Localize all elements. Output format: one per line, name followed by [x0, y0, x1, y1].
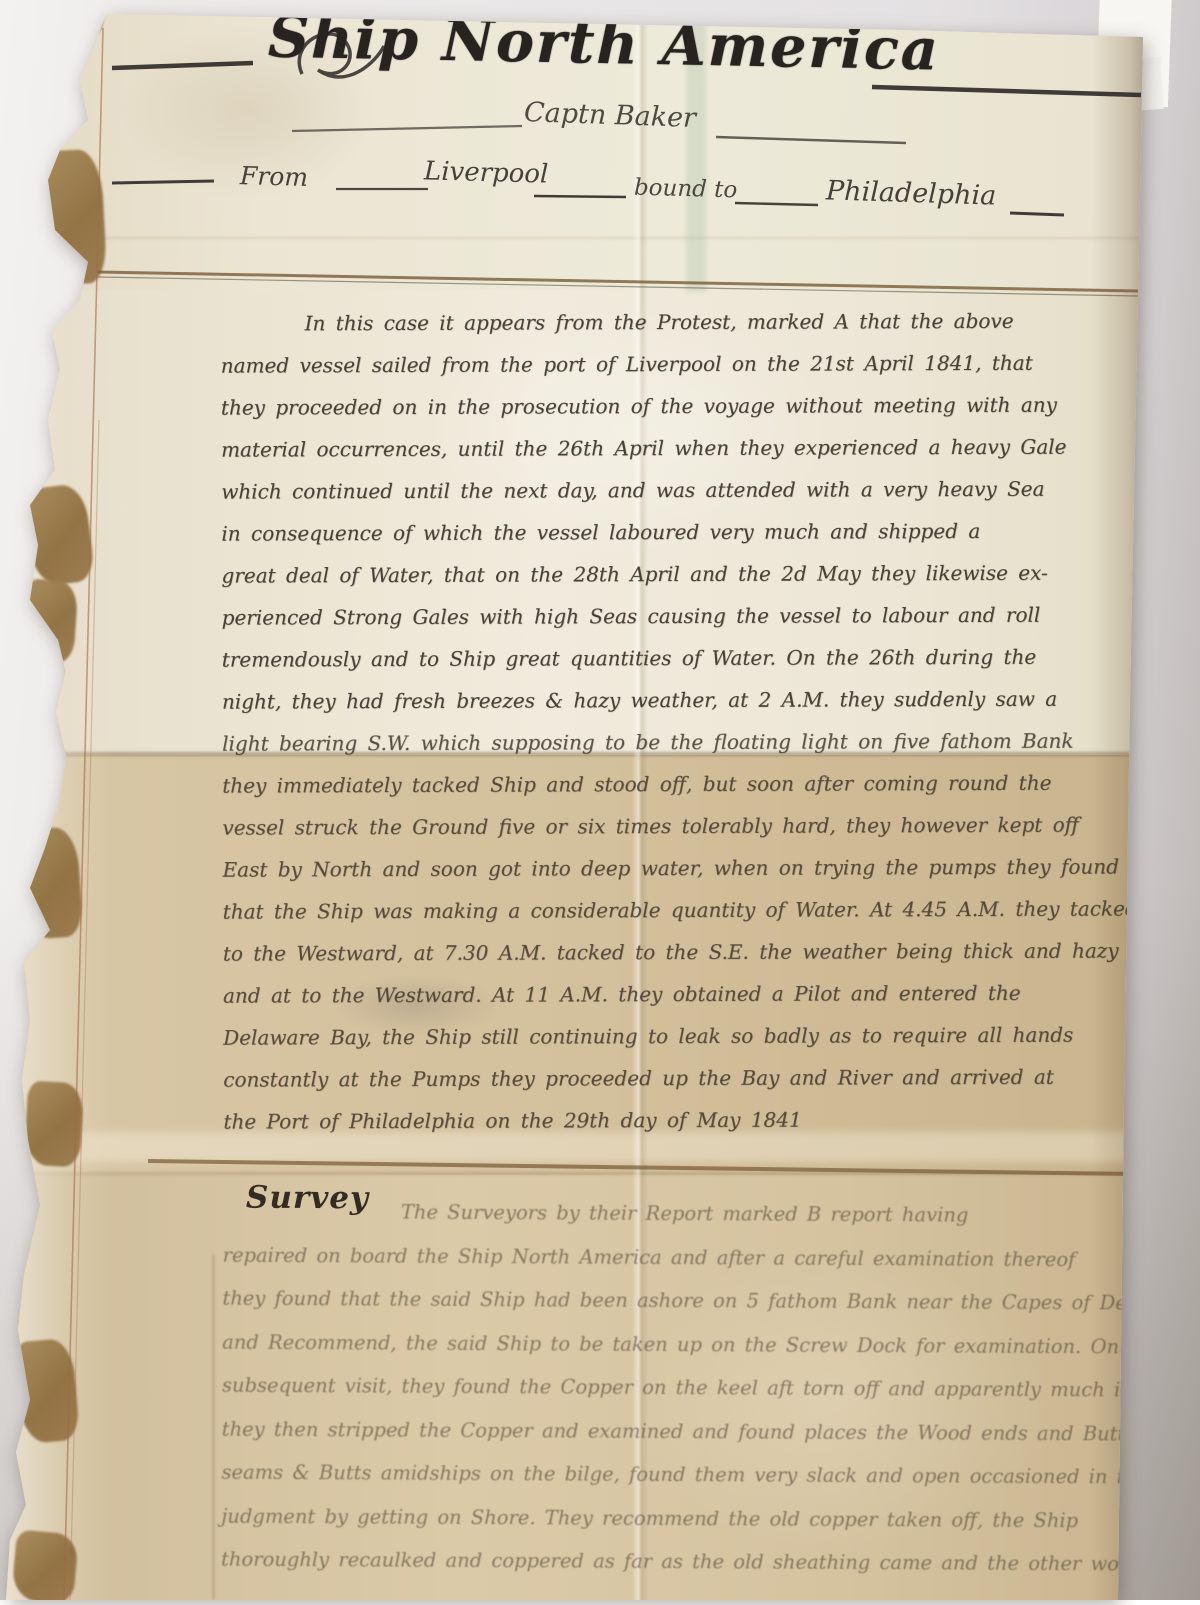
handwritten-line: East by North and soon got into deep wat… [222, 845, 1127, 890]
manuscript-paper: Ship North America Captn Baker From Live… [0, 0, 1200, 1600]
handwritten-line: repaired on board the Ship North America… [223, 1233, 1138, 1281]
survey-paragraph: The Surveyors by their Report marked B r… [221, 1190, 1138, 1586]
margin-line-echo [70, 420, 99, 1600]
handwritten-line: constantly at the Pumps they proceeded u… [223, 1055, 1128, 1100]
section-rule-survey [148, 1161, 1135, 1174]
handwritten-line: named vessel sailed from the port of Liv… [221, 341, 1126, 386]
handwritten-line: and Recommend, the said Ship to be taken… [222, 1320, 1137, 1368]
handwritten-line: In this case it appears from the Protest… [221, 299, 1126, 344]
handwritten-line: great deal of Water, that on the 28th Ap… [221, 551, 1126, 596]
ship-title: Ship North America [267, 4, 940, 84]
from-rule-1 [112, 181, 214, 183]
handwritten-line: they found that the said Ship had been a… [222, 1277, 1137, 1325]
captain-rule-left [292, 126, 522, 131]
section-rule-top-echo [98, 277, 1138, 296]
handwritten-line: seams & Butts amidships on the bilge, fo… [221, 1451, 1136, 1499]
handwritten-line: they proceeded on in the prosecution of … [221, 383, 1126, 428]
handwritten-line: they then stripped the Copper and examin… [222, 1407, 1137, 1455]
from-rule-3 [534, 196, 626, 197]
handwritten-line: the Port of Philadelphia on the 29th day… [223, 1097, 1128, 1142]
section-rule-top [98, 272, 1138, 291]
handwritten-line: subsequent visit, they found the Copper … [222, 1364, 1137, 1412]
from-label: From [240, 161, 309, 192]
from-rule-4 [735, 203, 818, 205]
photo-background: Ship North America Captn Baker From Live… [0, 0, 1200, 1600]
handwritten-line: perienced Strong Gales with high Seas ca… [222, 593, 1127, 638]
handwritten-line: material occurrences, until the 26th Apr… [221, 425, 1126, 470]
handwritten-line: to the Westward, at 7.30 A.M. tacked to … [223, 929, 1128, 974]
bound-to-label: bound to [634, 175, 738, 204]
handwritten-line: Delaware Bay, the Ship still continuing … [223, 1013, 1128, 1058]
destination-port: Philadelphia [826, 175, 997, 211]
origin-port: Liverpool [424, 156, 549, 189]
handwritten-line: light bearing S.W. which supposing to be… [222, 719, 1127, 764]
protest-paragraph: In this case it appears from the Protest… [221, 299, 1129, 1142]
tape-stain [53, 0, 107, 39]
handwritten-line: and at to the Westward. At 11 A.M. they … [223, 971, 1128, 1016]
handwritten-line: vessel struck the Ground five or six tim… [222, 803, 1127, 848]
handwritten-line: night, they had fresh breezes & hazy wea… [222, 677, 1127, 722]
handwritten-line: thoroughly recaulked and coppered as far… [221, 1538, 1136, 1586]
handwritten-line: they immediately tacked Ship and stood o… [222, 761, 1127, 806]
handwritten-line: tremendously and to Ship great quantitie… [222, 635, 1127, 680]
captain-rule-right [716, 137, 906, 143]
document-paper-wrapper: Ship North America Captn Baker From Live… [0, 0, 1200, 1600]
handwritten-line: that the Ship was making a considerable … [223, 887, 1128, 932]
captain-name: Captn Baker [524, 97, 697, 134]
from-rule-5 [1010, 213, 1064, 215]
handwritten-line: The Surveyors by their Report marked B r… [223, 1190, 1138, 1238]
title-rule-right [872, 87, 1141, 95]
handwritten-line: which continued until the next day, and … [221, 467, 1126, 512]
handwritten-line: in consequence of which the vessel labou… [221, 509, 1126, 554]
title-rule-left [112, 63, 253, 68]
margin-line [64, 28, 103, 1600]
handwritten-line: judgment by getting on Shore. They recom… [221, 1494, 1136, 1542]
